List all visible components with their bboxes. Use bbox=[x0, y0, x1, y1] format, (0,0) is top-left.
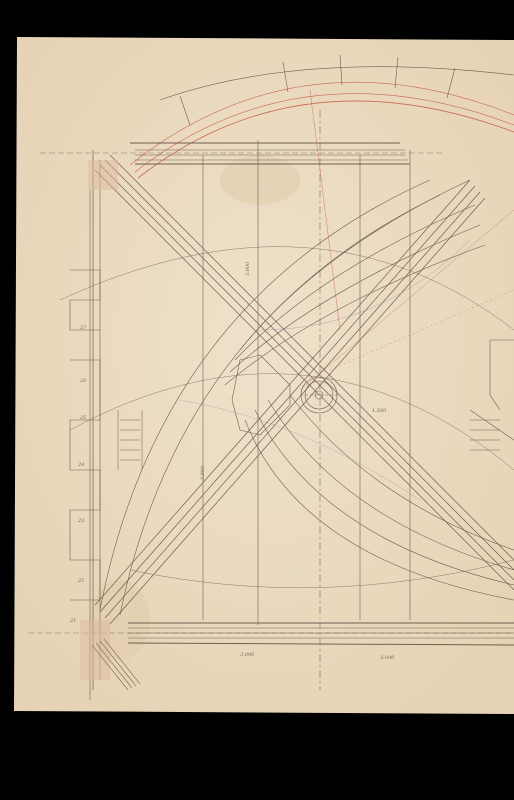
row-number: 23 bbox=[78, 518, 84, 524]
dimension-label: 3.800 bbox=[245, 262, 251, 276]
dimension-label: 3.096 bbox=[380, 655, 394, 661]
dimension-label: 3.096 bbox=[240, 652, 254, 658]
dimension-label: 3.800 bbox=[200, 466, 206, 480]
row-number: 27 bbox=[80, 325, 86, 331]
row-number: 25 bbox=[80, 415, 86, 421]
row-number: 21 bbox=[70, 618, 76, 624]
row-number: 26 bbox=[80, 378, 86, 384]
paper bbox=[14, 37, 514, 714]
drawing-sheet: 3.800 3.800 1.500 3.096 3.096 27 26 25 2… bbox=[0, 0, 514, 800]
row-number: 22 bbox=[78, 578, 84, 584]
vault-plan-drawing bbox=[0, 0, 514, 800]
row-number: 24 bbox=[78, 462, 84, 468]
dimension-label: 1.500 bbox=[372, 408, 386, 414]
